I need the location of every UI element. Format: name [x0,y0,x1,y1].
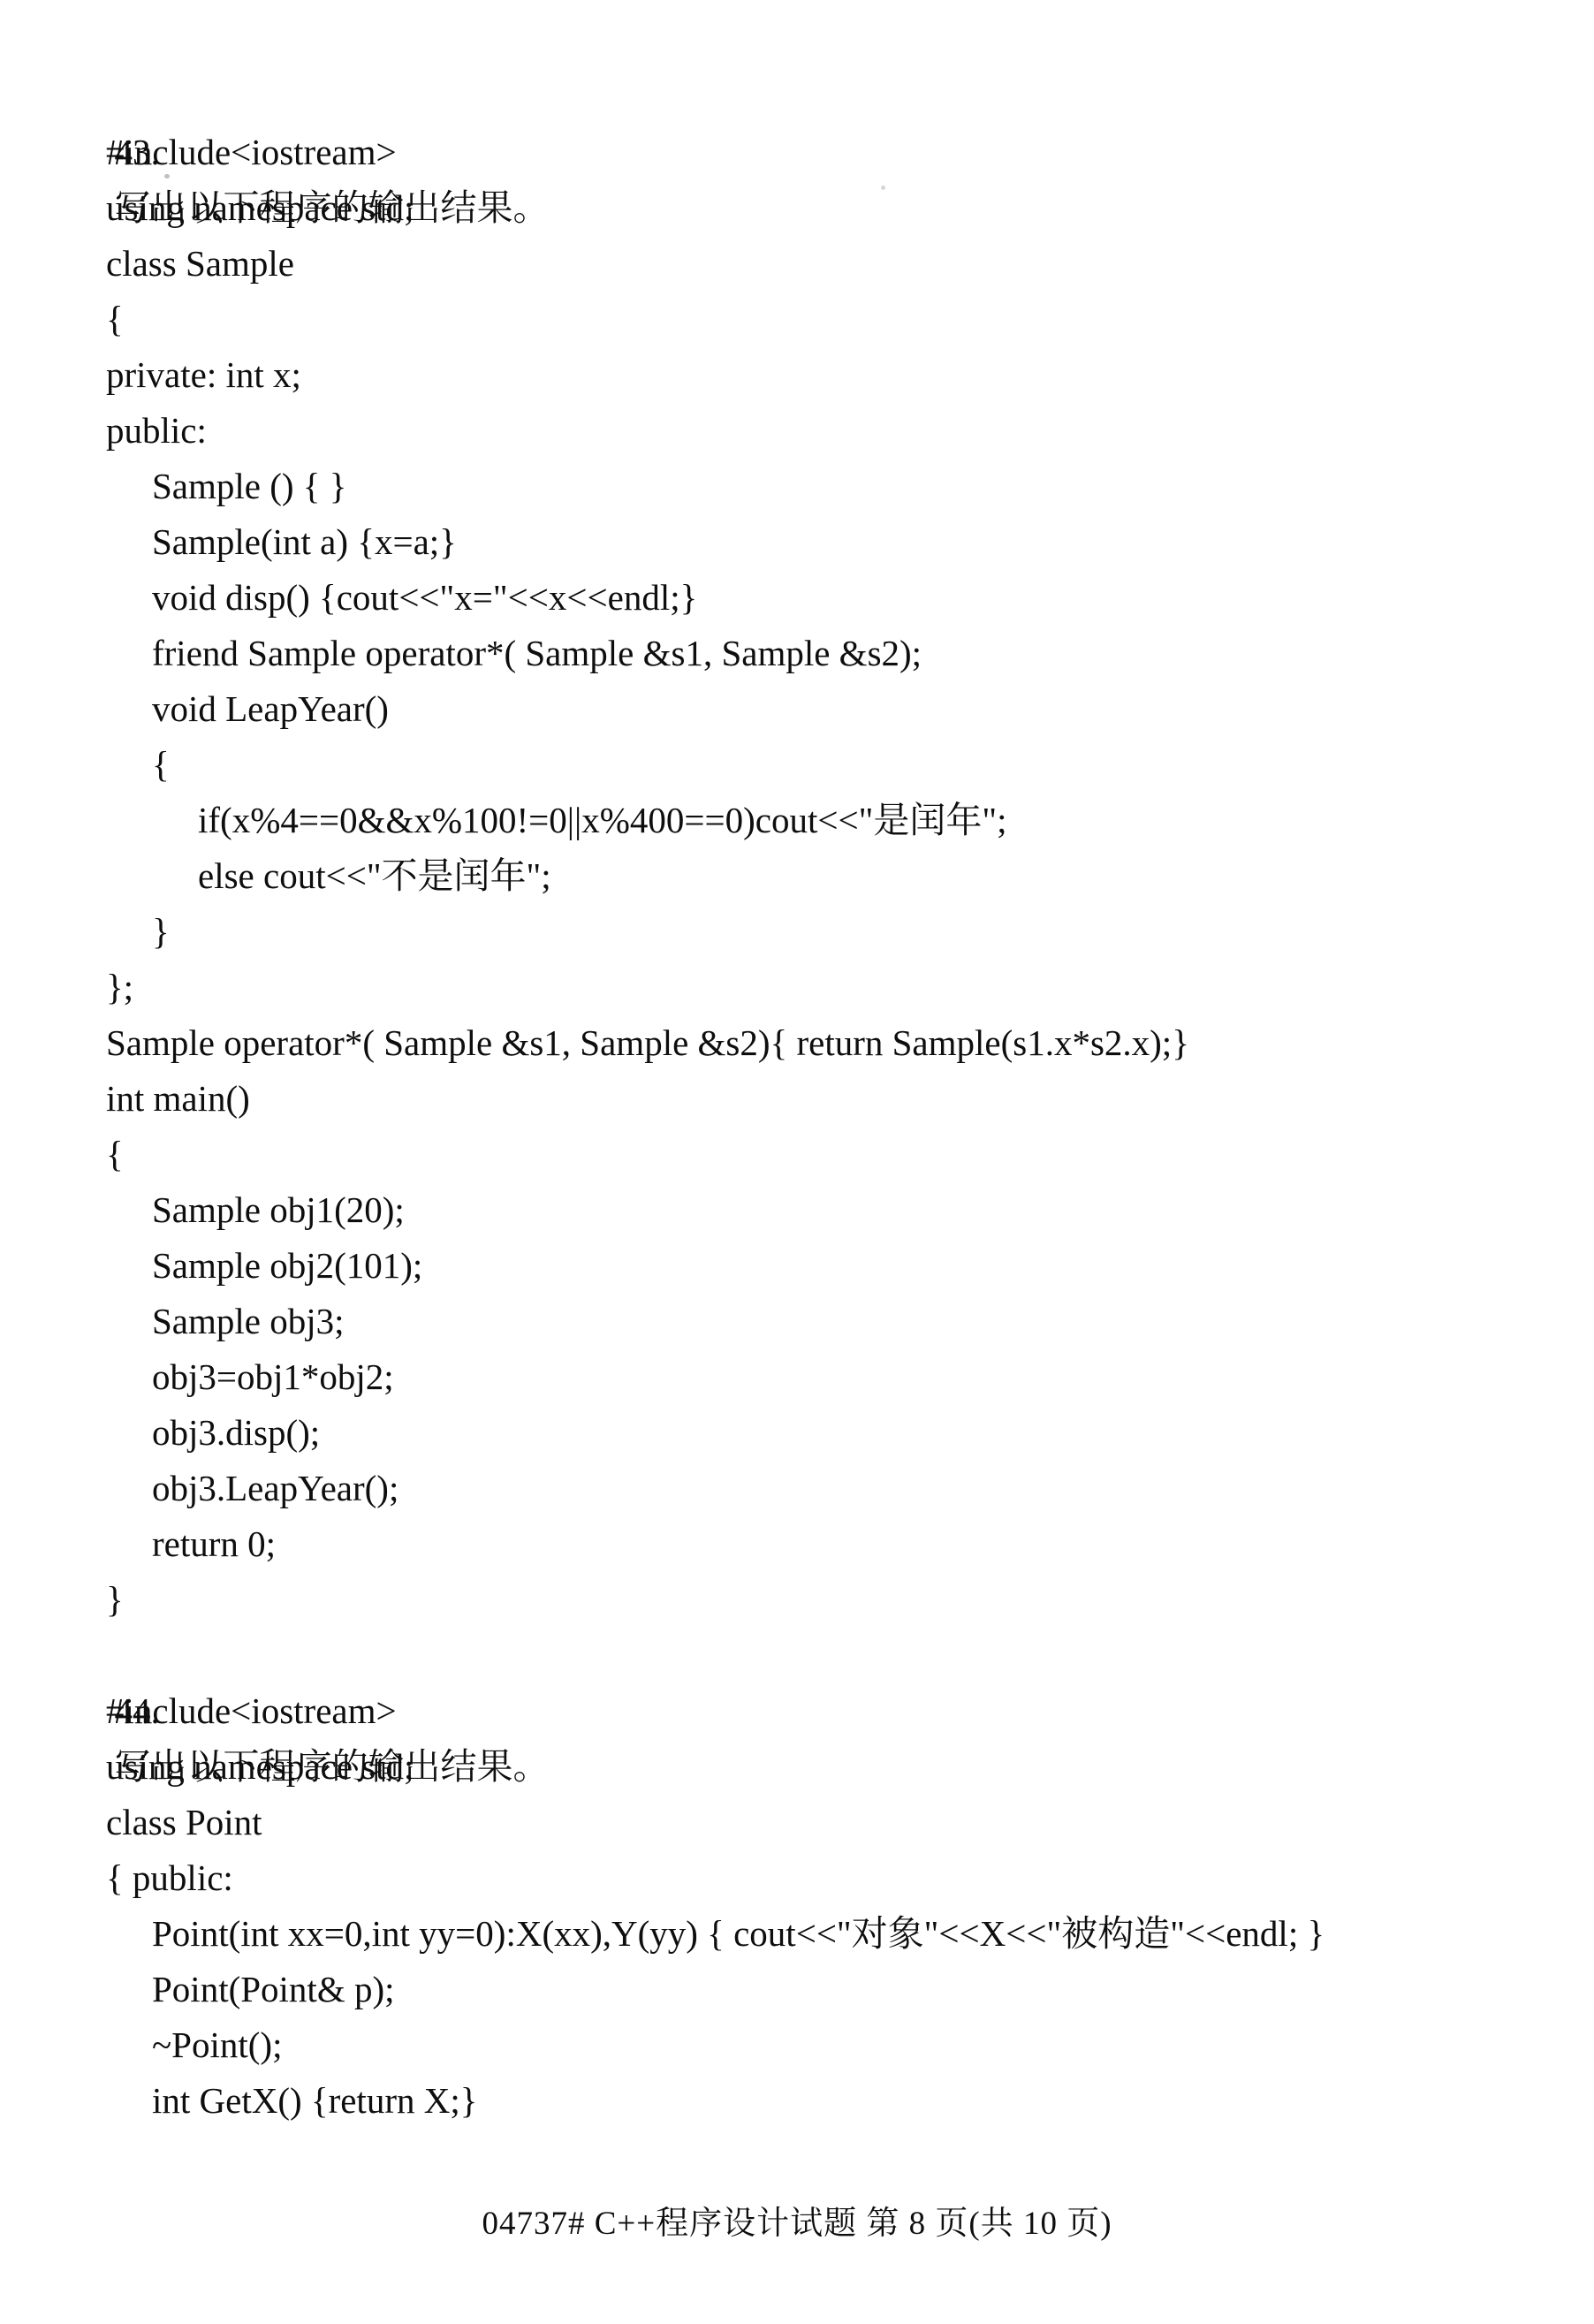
code-line: Sample operator*( Sample &s1, Sample &s2… [0,1015,1594,1071]
code-line: class Point [0,1795,1594,1850]
code-line: #include<iostream> [0,125,1594,180]
code-line: }; [0,960,1594,1015]
code-line: int main() [0,1071,1594,1127]
code-line: { [0,737,1594,793]
question-44-header: 44. 写出以下程序的输出结果。 [0,1628,1594,1683]
scan-speck [881,186,885,190]
code-line: obj3.LeapYear(); [0,1461,1594,1516]
code-line: Sample obj2(101); [0,1238,1594,1294]
code-line: } [0,1572,1594,1628]
code-line: class Sample [0,236,1594,292]
code-line: ~Point(); [0,2017,1594,2073]
code-line: Point(int xx=0,int yy=0):X(xx),Y(yy) { c… [0,1906,1594,1962]
code-line: public: [0,403,1594,459]
code-line: return 0; [0,1516,1594,1572]
code-line: { public: [0,1850,1594,1906]
code-line: Sample () { } [0,459,1594,514]
page-footer: 04737# C++程序设计试题 第 8 页(共 10 页) [0,2203,1594,2245]
code-line: if(x%4==0&&x%100!=0||x%400==0)cout<<"是闰年… [0,793,1594,848]
code-line: Sample obj1(20); [0,1182,1594,1238]
code-line: { [0,292,1594,347]
code-line: } [0,904,1594,960]
code-line: Sample obj3; [0,1294,1594,1349]
code-line: obj3.disp(); [0,1405,1594,1461]
code-line: void LeapYear() [0,681,1594,737]
code-line: Sample(int a) {x=a;} [0,514,1594,570]
question-43: 43. 写出以下程序的输出结果。 #include<iostream> usin… [0,69,1594,1628]
code-line: else cout<<"不是闰年"; [0,848,1594,904]
code-line: friend Sample operator*( Sample &s1, Sam… [0,626,1594,681]
code-line: { [0,1127,1594,1182]
code-line: int GetX() {return X;} [0,2073,1594,2129]
question-43-header: 43. 写出以下程序的输出结果。 [0,69,1594,125]
scan-speck [164,174,170,178]
code-line: obj3=obj1*obj2; [0,1349,1594,1405]
code-line: using namespace std; [0,1739,1594,1795]
code-line: private: int x; [0,347,1594,403]
code-line: #include<iostream> [0,1683,1594,1739]
code-line: Point(Point& p); [0,1962,1594,2017]
code-line: using namespace std; [0,180,1594,236]
exam-page-content: 43. 写出以下程序的输出结果。 #include<iostream> usin… [0,69,1594,2129]
code-line: void disp() {cout<<"x="<<x<<endl;} [0,570,1594,626]
question-44: 44. 写出以下程序的输出结果。 #include<iostream> usin… [0,1628,1594,2129]
